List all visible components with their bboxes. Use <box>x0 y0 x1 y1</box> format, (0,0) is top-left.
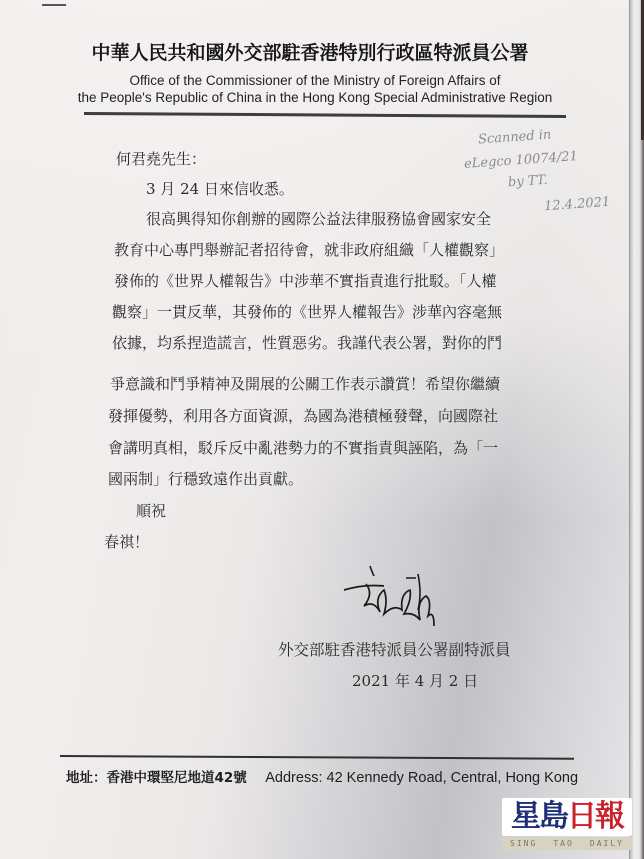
letterhead-title-cn: 中華人民共和國外交部駐香港特別行政區特派員公署 <box>60 38 560 65</box>
paragraph-2-line-3: 發佈的《世界人權報告》中涉華不實指責進行批駁。「人權 <box>114 270 497 291</box>
footer-address: 地址：香港中環堅尼地道42號 Address: 42 Kennedy Road,… <box>66 766 578 786</box>
paragraph-1: 3 月 24 日來信收悉。 <box>146 178 294 199</box>
address-en: Address: 42 Kennedy Road, Central, Hong … <box>265 770 578 786</box>
paragraph-2-line-9: 國兩制」行穩致遠作出貢獻。 <box>108 468 303 489</box>
signature-icon <box>340 560 460 630</box>
signatory-title: 外交部駐香港特派員公署副特派員 <box>278 638 511 660</box>
paragraph-2-line-1: 很高興得知你創辦的國際公益法律服務協會國家安全 <box>146 208 491 229</box>
logo-char-3: 日 <box>567 800 595 834</box>
letterhead-title-en-2: the People's Republic of China in the Ho… <box>60 90 570 105</box>
logo-char-4: 報 <box>595 800 623 834</box>
paragraph-2-line-5: 依據，均系捏造謊言，性質惡劣。我謹代表公署，對你的鬥 <box>112 332 502 353</box>
paragraph-2-line-2: 教育中心專門舉辦記者招待會，就非政府組織「人權觀察」 <box>114 239 504 260</box>
paragraph-2-line-8: 會講明真相，駁斥反中亂港勢力的不實指責與誣陷，為「一 <box>108 437 498 458</box>
closing-greeting: 春祺！ <box>104 531 149 552</box>
letter-date: 2021 年 4 月 2 日 <box>352 670 478 691</box>
pen-mark <box>42 4 66 6</box>
letterhead-title-en-1: Office of the Commissioner of the Minist… <box>60 73 570 88</box>
logo-char-1: 星 <box>511 800 539 834</box>
logo-subtitle-2: TAO <box>553 839 573 848</box>
logo-wordmark: 星 島 日 報 <box>502 798 632 836</box>
logo-char-2: 島 <box>539 800 567 834</box>
salutation: 何君堯先生： <box>116 148 206 169</box>
logo-subtitle: SING TAO DAILY <box>502 837 632 850</box>
paragraph-2-line-6: 爭意識和鬥爭精神及開展的公關工作表示讚賞！希望你繼續 <box>110 373 500 394</box>
paragraph-2-line-4: 觀察」一貫反華，其發佈的《世界人權報告》涉華內容毫無 <box>112 301 502 322</box>
logo-subtitle-3: DAILY <box>590 839 624 848</box>
paragraph-2-line-7: 發揮優勢，利用各方面資源，為國為港積極發聲，向國際社 <box>108 405 498 426</box>
address-cn: 地址：香港中環堅尼地道42號 <box>66 770 247 786</box>
closing-wish: 順祝 <box>136 500 166 521</box>
sing-tao-daily-logo: 星 島 日 報 SING TAO DAILY <box>502 798 632 854</box>
handwritten-note-3: by TT. <box>508 173 549 191</box>
logo-subtitle-1: SING <box>510 839 537 848</box>
